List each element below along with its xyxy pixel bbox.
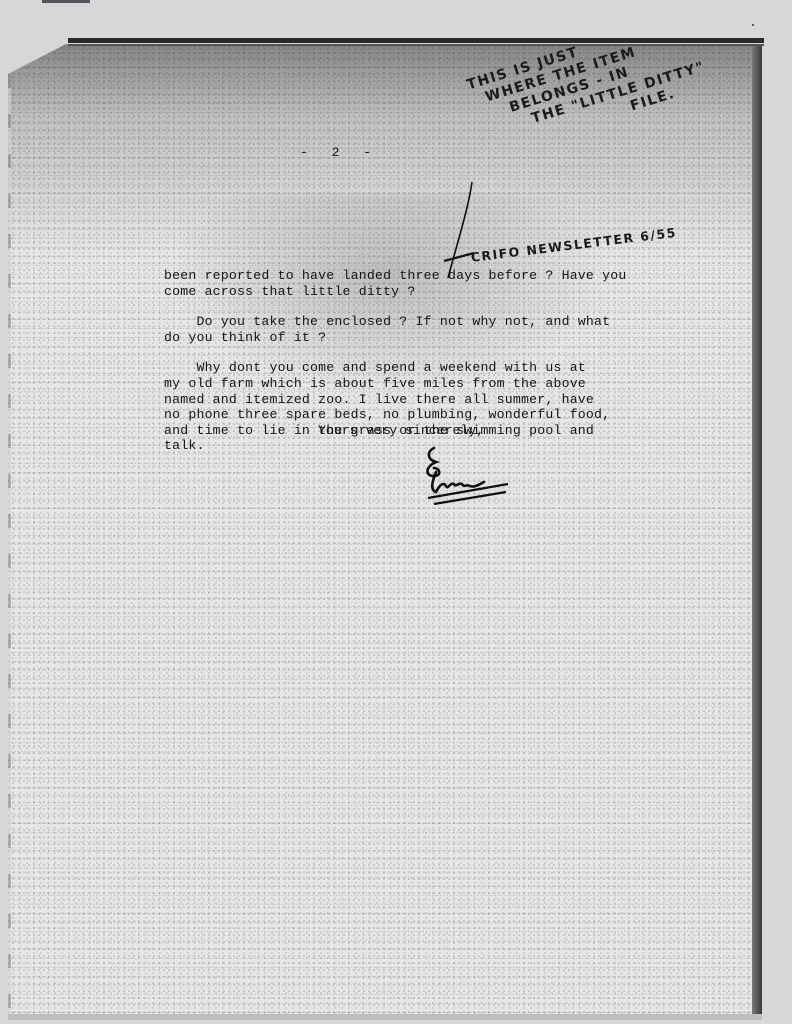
closing-salutation: Yours very sincerely, xyxy=(318,423,484,438)
paragraph-line: come across that little ditty ? xyxy=(164,284,724,300)
paragraph-line: do you think of it ? xyxy=(164,330,724,346)
signature xyxy=(420,442,520,506)
right-edge-shadow xyxy=(752,44,762,1020)
paragraph-line: my old farm which is about five miles fr… xyxy=(164,376,724,392)
paragraph-line: Do you take the enclosed ? If not why no… xyxy=(164,314,724,330)
scan-speck xyxy=(752,24,754,26)
bottom-edge xyxy=(8,1014,762,1024)
page-number: - 2 - xyxy=(300,145,379,160)
paragraph-line: Why dont you come and spend a weekend wi… xyxy=(164,360,724,376)
document-page xyxy=(8,44,762,1020)
paragraph-line: named and itemized zoo. I live there all… xyxy=(164,392,724,408)
scan-corner-marker xyxy=(42,0,90,3)
left-edge-shadow xyxy=(8,74,11,1014)
paragraph-line: no phone three spare beds, no plumbing, … xyxy=(164,407,724,423)
